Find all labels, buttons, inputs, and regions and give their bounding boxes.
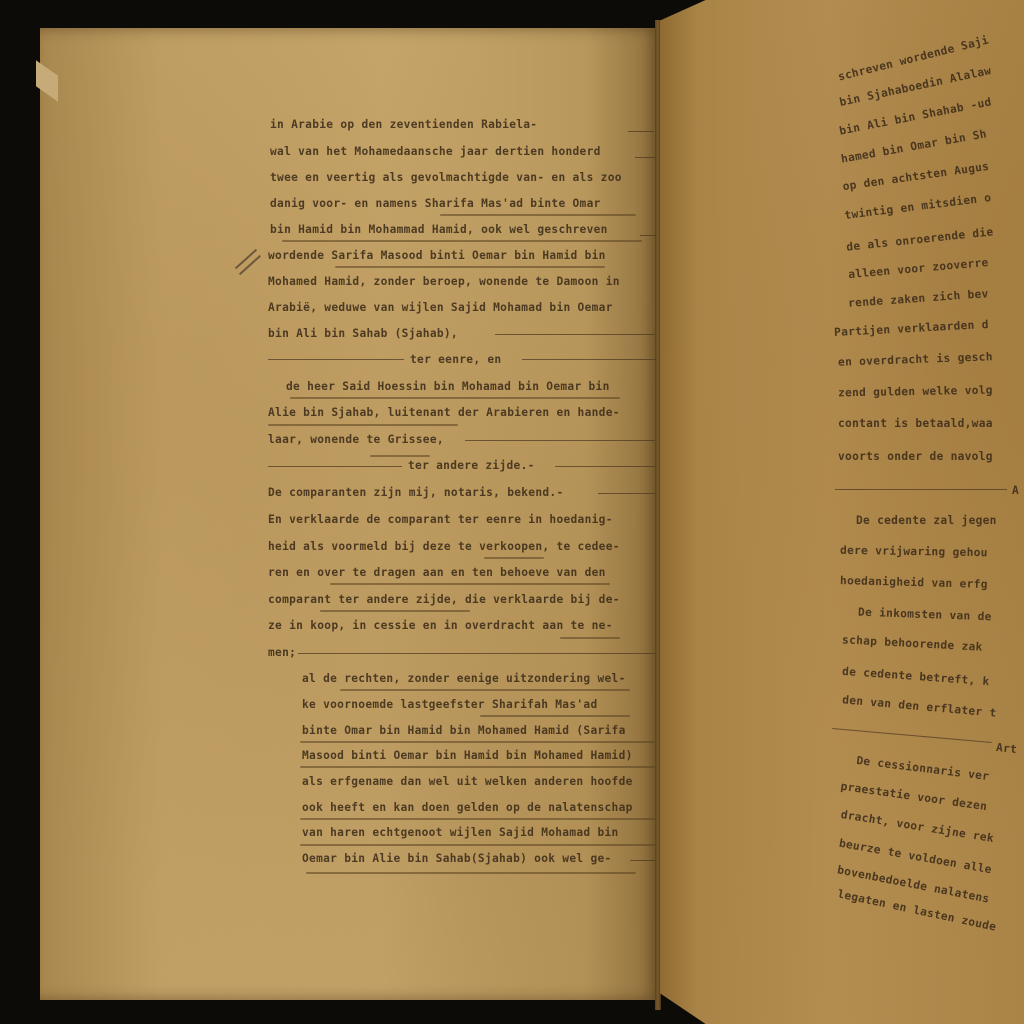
pencil-underline	[440, 214, 636, 216]
text-line: van haren echtgenoot wijlen Sajid Mohama…	[302, 826, 619, 839]
pencil-underline	[300, 741, 655, 743]
text-line: Arabië, weduwe van wijlen Sajid Mohamad …	[268, 301, 613, 314]
text-line: bin Ali bin Sahab (Sjahab),	[268, 327, 458, 340]
pencil-underline	[560, 637, 620, 639]
text-line: twee en veertig als gevolmachtigde van- …	[270, 171, 622, 184]
pencil-underline	[330, 583, 610, 585]
pencil-underline	[268, 424, 458, 426]
fill-rule	[298, 653, 655, 654]
article-heading: Art	[995, 741, 1017, 756]
text-line: men;	[268, 646, 296, 659]
fill-rule	[598, 493, 655, 494]
text-line: Oemar bin Alie bin Sahab(Sjahab) ook wel…	[302, 852, 612, 865]
text-line: Alie bin Sjahab, luitenant der Arabieren…	[268, 406, 620, 419]
text-line: De cedente zal jegen	[856, 514, 997, 527]
text-line: binte Omar bin Hamid bin Mohamed Hamid (…	[302, 724, 626, 737]
text-line: bin Hamid bin Mohammad Hamid, ook wel ge…	[270, 223, 608, 236]
fill-rule	[630, 860, 655, 861]
pencil-underline	[290, 397, 620, 399]
fill-rule	[640, 235, 656, 236]
text-line: ze in koop, in cessie en in overdracht a…	[268, 619, 613, 632]
fill-rule	[465, 440, 655, 441]
pencil-underline	[320, 610, 470, 612]
text-line: danig voor- en namens Sharifa Mas'ad bin…	[270, 197, 601, 210]
text-line: De comparanten zijn mij, notaris, bekend…	[268, 486, 564, 499]
pencil-underline	[335, 266, 605, 268]
text-line: de heer Said Hoessin bin Mohamad bin Oem…	[286, 380, 610, 393]
text-line: voorts onder de navolg	[838, 450, 993, 463]
text-line: ook heeft en kan doen gelden op de nalat…	[302, 801, 633, 814]
text-line: ke voornoemde lastgeefster Sharifah Mas'…	[302, 698, 598, 711]
pencil-underline	[370, 455, 430, 457]
pencil-underline	[340, 689, 630, 691]
text-line: contant is betaald,waa	[838, 417, 993, 430]
text-line: ter eenre, en	[410, 353, 501, 366]
text-line: in Arabie op den zeventienden Rabiela-	[270, 118, 537, 131]
fill-rule	[522, 359, 656, 360]
article-heading: A	[1012, 484, 1019, 497]
text-line: comparant ter andere zijde, die verklaar…	[268, 593, 620, 606]
text-line: al de rechten, zonder eenige uitzonderin…	[302, 672, 626, 685]
text-line: Masood binti Oemar bin Hamid bin Mohamed…	[302, 749, 633, 762]
pencil-underline	[300, 766, 655, 768]
pencil-underline	[300, 844, 655, 846]
text-line: ter andere zijde.-	[408, 459, 535, 472]
fill-rule	[268, 466, 402, 467]
text-line: heid als voormeld bij deze te verkoopen,…	[268, 540, 620, 553]
pencil-underline	[306, 872, 636, 874]
text-line: wordende Sarifa Masood binti Oemar bin H…	[268, 249, 606, 262]
torn-page-corner	[36, 60, 58, 101]
fill-rule	[268, 359, 404, 360]
fill-rule	[835, 489, 1007, 490]
text-line: zend gulden welke volg	[838, 384, 993, 400]
fill-rule	[555, 466, 655, 467]
text-line: als erfgename dan wel uit welken anderen…	[302, 775, 633, 788]
text-line: Mohamed Hamid, zonder beroep, wonende te…	[268, 275, 620, 288]
text-line: dere vrijwaring gehou	[840, 544, 988, 560]
text-line: En verklaarde de comparant ter eenre in …	[268, 513, 613, 526]
pencil-underline	[484, 557, 544, 559]
text-line: ren en over te dragen aan en ten behoeve…	[268, 566, 606, 579]
pencil-underline	[300, 818, 655, 820]
pencil-underline	[480, 715, 630, 717]
fill-rule	[495, 334, 655, 335]
text-line: wal van het Mohamedaansche jaar dertien …	[270, 145, 601, 158]
text-line: laar, wonende te Grissee,	[268, 433, 444, 446]
pencil-underline	[282, 240, 642, 242]
fill-rule	[628, 131, 654, 132]
fill-rule	[635, 157, 655, 158]
